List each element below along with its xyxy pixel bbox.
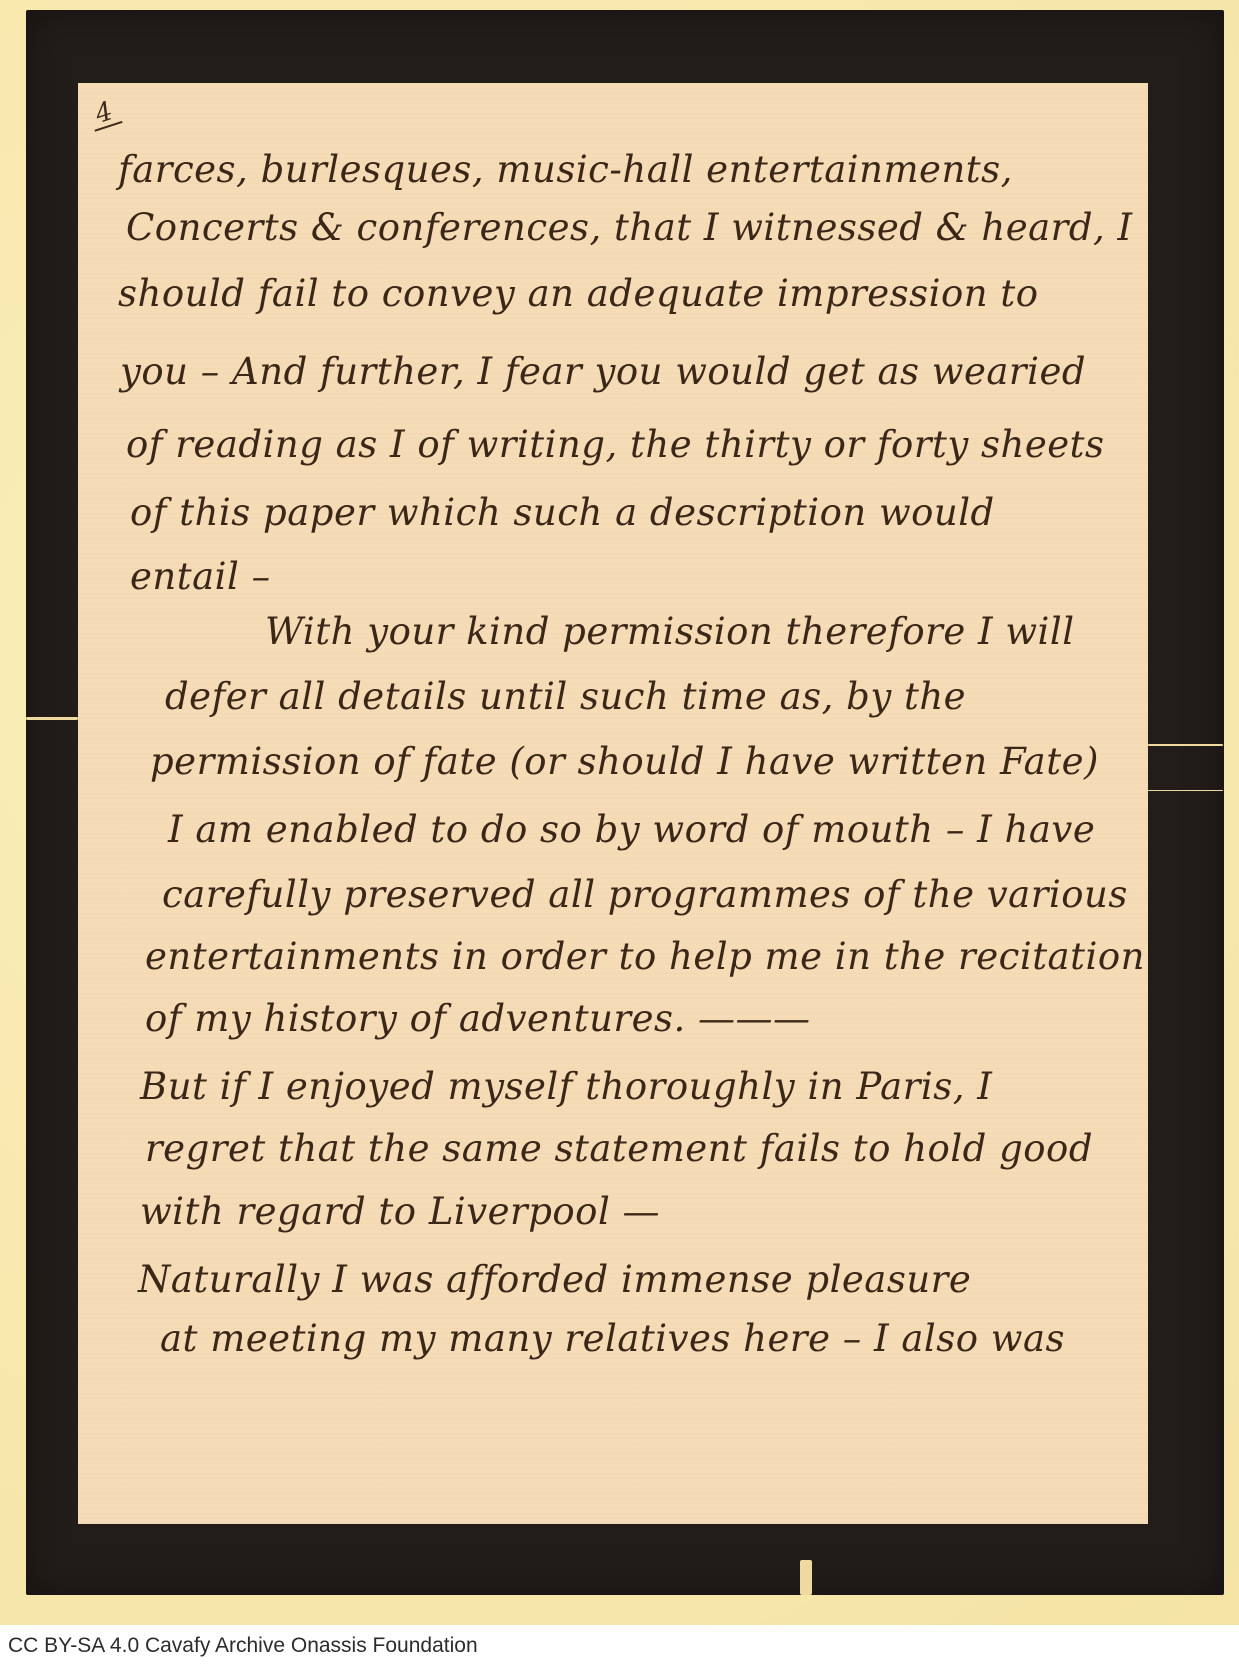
text-line-12: carefully preserved all programmes of th… — [162, 873, 1128, 916]
text-line-7: entail – — [130, 555, 271, 598]
border-crease-right — [1148, 790, 1223, 791]
text-line-5: of reading as I of writing, the thirty o… — [126, 423, 1105, 466]
border-tear-bottom — [800, 1560, 812, 1595]
border-tear-right — [1148, 744, 1223, 746]
text-line-11: I am enabled to do so by word of mouth –… — [168, 808, 1095, 851]
text-line-3: should fail to convey an adequate impres… — [118, 272, 1038, 315]
text-line-13: entertainments in order to help me in th… — [145, 935, 1145, 978]
text-line-16: regret that the same statement fails to … — [145, 1127, 1093, 1170]
text-line-17: with regard to Liverpool — — [140, 1190, 660, 1233]
text-line-2: Concerts & conferences, that I witnessed… — [126, 206, 1133, 249]
text-line-10: permission of fate (or should I have wri… — [150, 740, 1099, 783]
text-line-1: farces, burlesques, music-hall entertain… — [118, 148, 1013, 191]
text-line-19: at meeting my many relatives here – I al… — [160, 1317, 1065, 1360]
text-line-18: Naturally I was afforded immense pleasur… — [138, 1258, 971, 1301]
border-tear-left — [26, 717, 78, 720]
text-line-6: of this paper which such a description w… — [130, 491, 995, 534]
text-line-4: you – And further, I fear you would get … — [120, 350, 1086, 393]
text-line-8: With your kind permission therefore I wi… — [265, 610, 1075, 653]
text-line-14: of my history of adventures. ——— — [145, 997, 811, 1040]
text-line-15: But if I enjoyed myself thoroughly in Pa… — [140, 1065, 992, 1108]
text-line-9: defer all details until such time as, by… — [165, 675, 966, 718]
license-caption: CC BY-SA 4.0 Cavafy Archive Onassis Foun… — [8, 1634, 478, 1658]
